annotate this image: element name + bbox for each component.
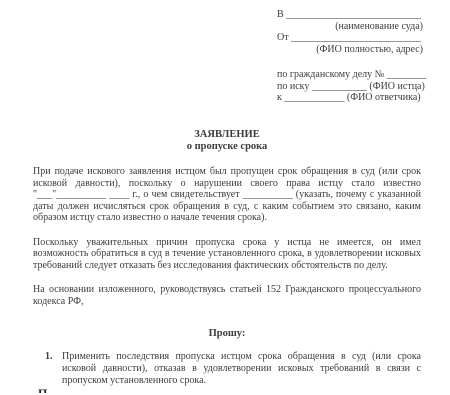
applicant-caption: (ФИО полностью, адрес) bbox=[277, 44, 423, 56]
next-line-cutoff: П bbox=[38, 388, 47, 393]
request-heading: Прошу: bbox=[33, 328, 421, 340]
applicant-blank: От __________________________ bbox=[277, 32, 423, 44]
request-item-1-text: Применить последствия пропуска истцом ср… bbox=[62, 351, 421, 385]
paragraph-legal-basis: На основании изложенного, руководствуясь… bbox=[33, 284, 421, 307]
document-body: ЗАЯВЛЕНИЕ о пропуске срока При подаче ис… bbox=[33, 129, 421, 386]
request-item-1: 1. Применить последствия пропуска истцом… bbox=[62, 351, 421, 386]
next-line-partial-letter: П bbox=[38, 388, 47, 393]
court-header-block: В ___________________________ (наименова… bbox=[277, 9, 423, 104]
document-page: В ___________________________ (наименова… bbox=[0, 0, 450, 395]
defendant-line: к ____________ (ФИО ответчика) bbox=[277, 92, 423, 104]
court-name-caption: (наименование суда) bbox=[277, 21, 423, 33]
title-line-1: ЗАЯВЛЕНИЕ bbox=[33, 129, 421, 141]
request-list: 1. Применить последствия пропуска истцом… bbox=[33, 351, 421, 386]
case-number-line: по гражданскому делу № ________ bbox=[277, 69, 423, 81]
claimant-line: по иску ___________ (ФИО истца) bbox=[277, 81, 423, 93]
request-item-1-number: 1. bbox=[45, 351, 53, 363]
case-info-group: по гражданскому делу № ________ по иску … bbox=[277, 69, 423, 104]
title-line-2: о пропуске срока bbox=[33, 141, 421, 153]
paragraph-no-valid-reasons: Поскольку уважительных причин пропуска с… bbox=[33, 237, 421, 272]
paragraph-missed-deadline: При подаче искового заявления истцом был… bbox=[33, 166, 421, 224]
document-title: ЗАЯВЛЕНИЕ о пропуске срока bbox=[33, 129, 421, 153]
court-name-blank: В ___________________________ bbox=[277, 9, 423, 21]
